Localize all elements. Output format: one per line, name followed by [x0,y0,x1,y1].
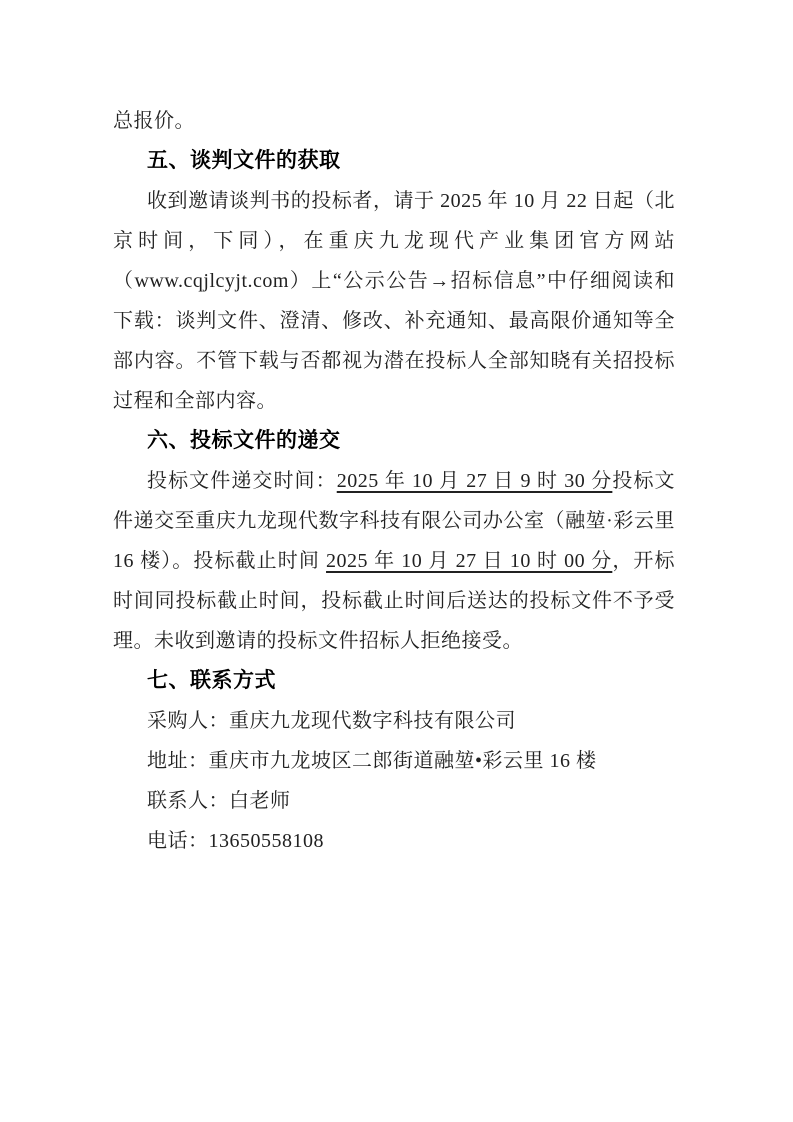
text-run: 电话：13650558108 [147,830,324,852]
contact-line: 联系人：白老师 [113,781,675,821]
text-run: 收到邀请谈判书的投标者，请于 2025 年 10 月 22 日起（北京时间，下同… [113,190,675,412]
paragraph: 收到邀请谈判书的投标者，请于 2025 年 10 月 22 日起（北京时间，下同… [113,181,675,421]
contact-line: 采购人：重庆九龙现代数字科技有限公司 [113,701,675,741]
paragraph: 投标文件递交时间：2025 年 10 月 27 日 9 时 30 分投标文件递交… [113,461,675,661]
contact-line: 电话：13650558108 [113,821,675,861]
underlined-text-run: 2025 年 10 月 27 日 9 时 30 分 [337,470,613,492]
document-body: 总报价。五、谈判文件的获取收到邀请谈判书的投标者，请于 2025 年 10 月 … [113,101,675,861]
section-heading: 五、谈判文件的获取 [113,141,675,181]
section-heading: 七、联系方式 [113,661,675,701]
contact-line: 地址：重庆市九龙坡区二郎街道融堃•彩云里 16 楼 [113,741,675,781]
text-run: 联系人：白老师 [147,790,291,812]
underlined-text-run: 2025 年 10 月 27 日 10 时 00 分 [326,550,612,572]
text-run: 投标文件递交时间： [147,470,337,492]
text-run: 六、投标文件的递交 [147,429,341,452]
text-run: 地址：重庆市九龙坡区二郎街道融堃•彩云里 16 楼 [147,750,597,772]
text-run: 五、谈判文件的获取 [147,149,341,172]
text-run: 七、联系方式 [147,669,276,692]
document-page: 总报价。五、谈判文件的获取收到邀请谈判书的投标者，请于 2025 年 10 月 … [0,0,793,1122]
text-run: 采购人：重庆九龙现代数字科技有限公司 [147,710,516,732]
paragraph: 总报价。 [113,101,675,141]
text-run: 总报价。 [113,110,195,132]
section-heading: 六、投标文件的递交 [113,421,675,461]
